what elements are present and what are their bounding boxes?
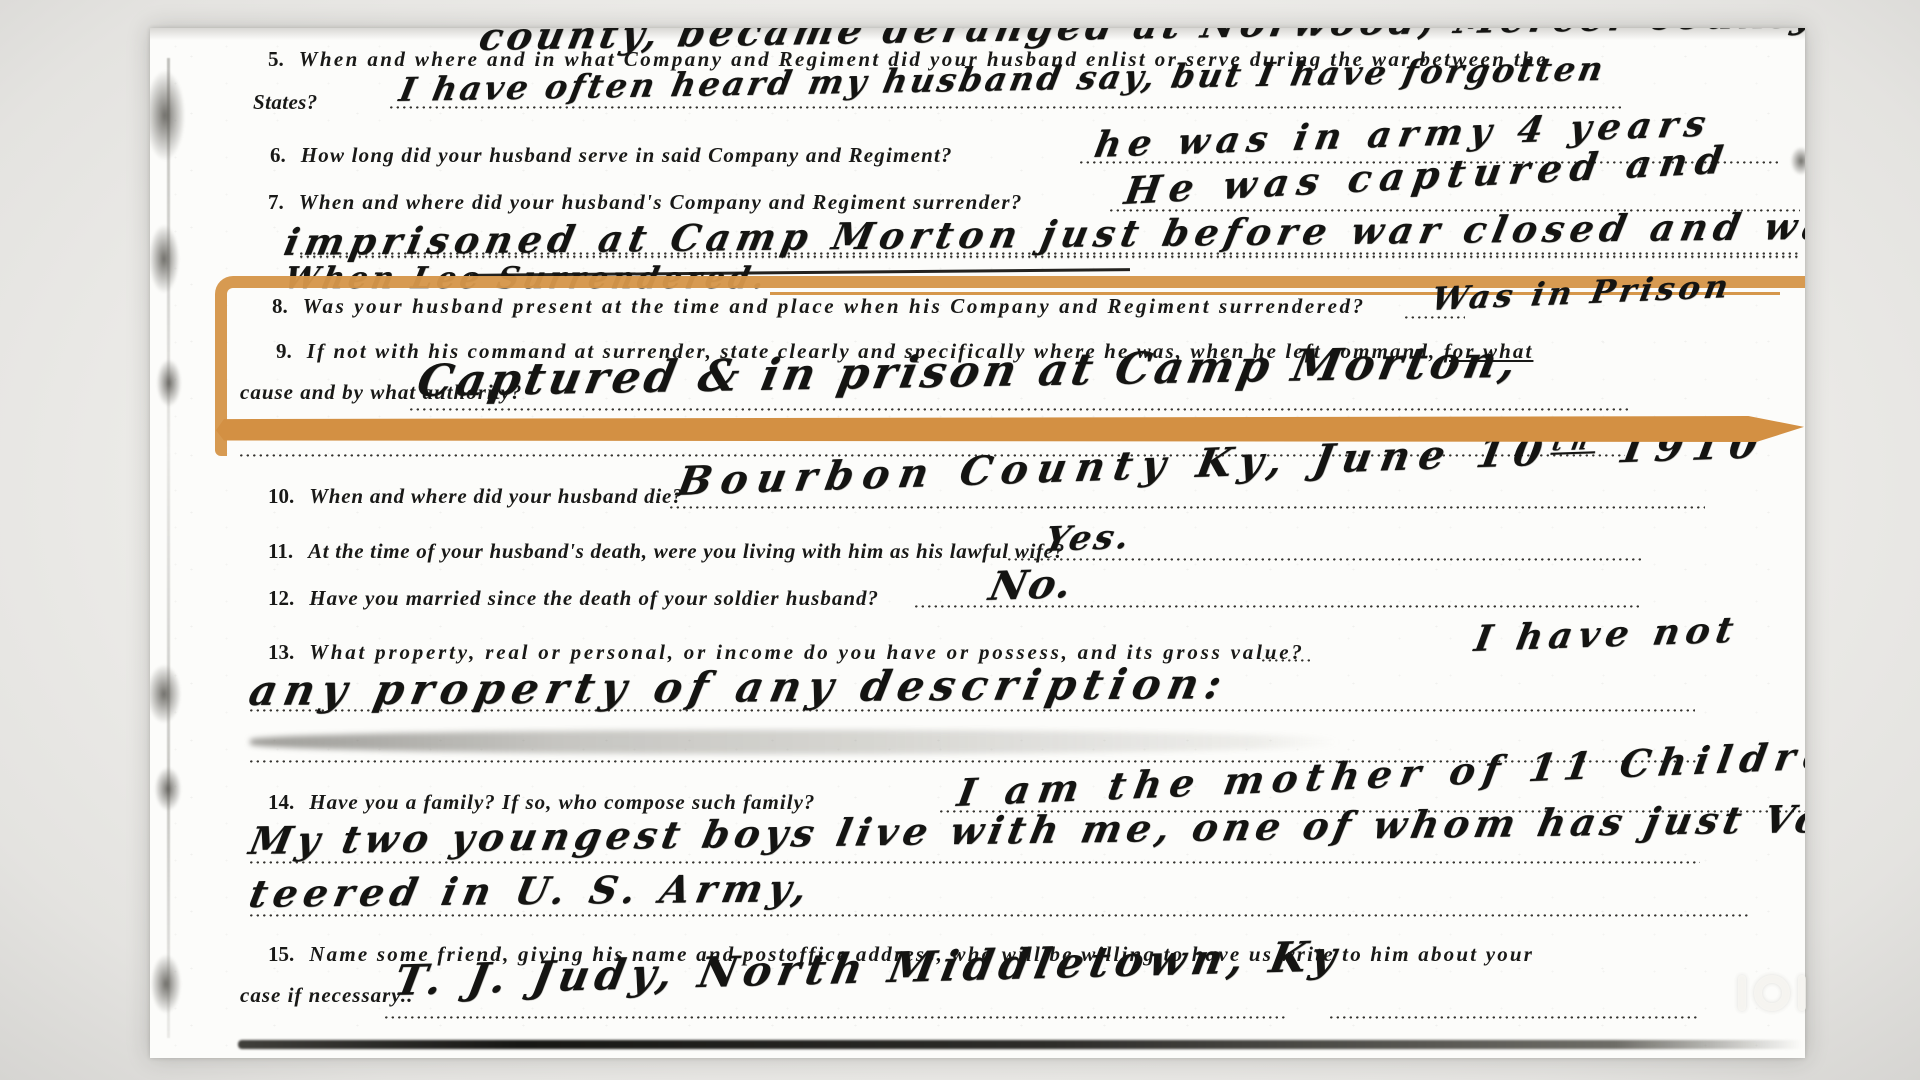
- scan-artifact: [154, 766, 182, 812]
- question-number: 6.: [270, 143, 286, 167]
- question-5-text2: States?: [253, 90, 318, 115]
- watermark-bar-left: [1738, 975, 1746, 1011]
- answer-13-line2: any property of any description:: [245, 659, 1233, 715]
- dotted-line: [385, 1016, 1285, 1019]
- question-number: 7.: [268, 190, 284, 214]
- answer-11: Yes.: [1041, 517, 1136, 560]
- scan-artifact: [150, 953, 182, 1015]
- dotted-line: [1008, 558, 1643, 561]
- scan-left-edge: [167, 58, 170, 1038]
- watermark-bar-right: [1798, 975, 1806, 1011]
- dotted-line: [1330, 1016, 1700, 1019]
- question-11-text: At the time of your husband's death, wer…: [308, 539, 1065, 563]
- scan-artifact: [156, 358, 182, 408]
- highlight-annotation-underline: [216, 416, 1804, 442]
- question-number: 13.: [268, 640, 294, 664]
- dotted-line: [250, 861, 1700, 864]
- question-number: 12.: [268, 586, 294, 610]
- question-7-text: When and where did your husband's Compan…: [299, 190, 1023, 214]
- question-number: 11.: [268, 539, 293, 563]
- answer-14-line3: teered in U. S. Army,: [245, 865, 817, 916]
- answer-13: I have not: [1471, 609, 1742, 660]
- question-number: 8.: [272, 294, 288, 318]
- question-number: 5.: [268, 47, 284, 71]
- question-6-text: How long did your husband serve in said …: [301, 143, 953, 167]
- scanned-document[interactable]: county, became deranged at Norwood, Merc…: [150, 28, 1805, 1058]
- question-12-text: Have you married since the death of your…: [309, 586, 879, 610]
- scan-artifact: [150, 663, 182, 725]
- question-8-text: Was your husband present at the time and…: [303, 294, 1366, 318]
- question-number: 9.: [276, 339, 292, 363]
- question-10-text: When and where did your husband die?: [309, 484, 683, 508]
- scan-artifact: [150, 68, 186, 163]
- watermark-logo-icon: [1738, 975, 1806, 1011]
- scan-smudge: [250, 730, 1340, 754]
- question-number: 15.: [268, 942, 294, 966]
- answer-12: No.: [985, 560, 1078, 610]
- dotted-line: [250, 914, 1750, 917]
- question-15-text2: case if necessary..: [240, 983, 413, 1008]
- question-number: 10.: [268, 484, 294, 508]
- scan-bottom-seam: [238, 1040, 1803, 1049]
- document-viewer: county, became deranged at Norwood, Merc…: [0, 0, 1920, 1080]
- dotted-line: [670, 506, 1705, 509]
- question-number: 14.: [268, 790, 294, 814]
- watermark-lens-ring: [1754, 975, 1790, 1011]
- dotted-line: [410, 408, 1630, 411]
- scan-artifact: [1790, 146, 1805, 176]
- scan-artifact: [150, 223, 180, 295]
- dotted-line: [390, 106, 1625, 109]
